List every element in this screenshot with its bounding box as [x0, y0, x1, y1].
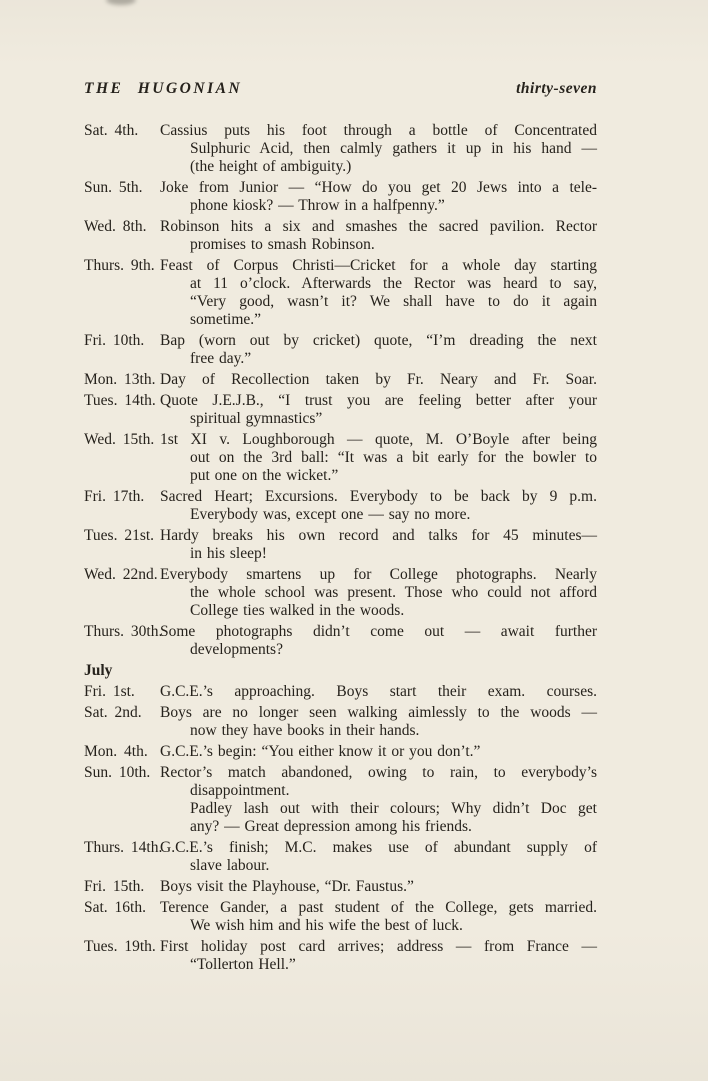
entry-line: (the height of ambiguity.) [160, 158, 597, 176]
entry-paragraph: Day of Recollection taken by Fr. Neary a… [160, 371, 597, 389]
magazine-title: THE HUGONIAN [84, 80, 242, 98]
entry-paragraph: Everybody smartens up for College photog… [160, 566, 597, 620]
diary-entry: Sun. 5th. Joke from Junior — “How do you… [84, 179, 597, 215]
entry-line: Terence Gander, a past student of the Co… [160, 899, 597, 917]
entry-line: Sulphuric Acid, then calmly gathers it u… [160, 140, 597, 158]
diary-entry: Thurs. 9th. Feast of Corpus Christi—Cric… [84, 257, 597, 329]
entry-body: Some photographs didn’t come out — await… [160, 623, 597, 659]
entry-line: Day of Recollection taken by Fr. Neary a… [160, 371, 597, 389]
entry-paragraph: Feast of Corpus Christi—Cricket for a wh… [160, 257, 597, 329]
entry-line: College ties walked in the woods. [160, 602, 597, 620]
entry-body: Boys visit the Playhouse, “Dr. Faustus.” [160, 878, 597, 896]
entry-date: Fri. 10th. [84, 332, 160, 368]
entry-body: Rector’s match abandoned, owing to rain,… [160, 764, 597, 836]
entry-body: G.C.E.’s approaching. Boys start their e… [160, 683, 597, 701]
diary-entry: Tues. 19th. First holiday post card arri… [84, 938, 597, 974]
entry-line: in his sleep! [160, 545, 597, 563]
page-header: THE HUGONIAN thirty-seven [84, 80, 597, 98]
entry-paragraph: Rector’s match abandoned, owing to rain,… [160, 764, 597, 800]
entry-paragraph: Terence Gander, a past student of the Co… [160, 899, 597, 935]
entry-body: Bap (worn out by cricket) quote, “I’m dr… [160, 332, 597, 368]
diary-entry: Sat. 16th. Terence Gander, a past studen… [84, 899, 597, 935]
entry-line: Boys are no longer seen walking aimlessl… [160, 704, 597, 722]
entry-line: promises to smash Robinson. [160, 236, 597, 254]
entry-line: First holiday post card arrives; address… [160, 938, 597, 956]
entry-date: Tues. 21st. [84, 527, 160, 563]
entry-line: put one on the wicket.” [160, 467, 597, 485]
diary-entry: Sat. 2nd. Boys are no longer seen walkin… [84, 704, 597, 740]
entry-body: Terence Gander, a past student of the Co… [160, 899, 597, 935]
entry-line: Hardy breaks his own record and talks fo… [160, 527, 597, 545]
entry-line: Rector’s match abandoned, owing to rain,… [160, 764, 597, 782]
entry-line: Cassius puts his foot through a bottle o… [160, 122, 597, 140]
entry-date: Wed. 8th. [84, 218, 160, 254]
entry-line: Bap (worn out by cricket) quote, “I’m dr… [160, 332, 597, 350]
entry-paragraph: Hardy breaks his own record and talks fo… [160, 527, 597, 563]
diary-entry: Wed. 15th. 1st XI v. Loughborough — quot… [84, 431, 597, 485]
entry-paragraph: G.C.E.’s begin: “You either know it or y… [160, 743, 597, 761]
entry-paragraph: Sacred Heart; Excursions. Everybody to b… [160, 488, 597, 524]
diary-entry: Mon. 4th. G.C.E.’s begin: “You either kn… [84, 743, 597, 761]
entry-line: at 11 o’clock. Afterwards the Rector was… [160, 275, 597, 293]
entry-date: Sun. 5th. [84, 179, 160, 215]
entry-paragraph: Padley lash out with their colours; Why … [160, 800, 597, 836]
entry-line: We wish him and his wife the best of luc… [160, 917, 597, 935]
entry-date: Sun. 10th. [84, 764, 160, 836]
entry-body: G.C.E.’s begin: “You either know it or y… [160, 743, 597, 761]
entry-paragraph: Some photographs didn’t come out — await… [160, 623, 597, 659]
entry-line: G.C.E.’s finish; M.C. makes use of abund… [160, 839, 597, 857]
entry-line: any? — Great depression among his friend… [160, 818, 597, 836]
diary-entry: Sat. 4th. Cassius puts his foot through … [84, 122, 597, 176]
entry-date: Mon. 13th. [84, 371, 160, 389]
magazine-page: THE HUGONIAN thirty-seven Sat. 4th. Cass… [0, 0, 708, 1081]
entry-line: developments? [160, 641, 597, 659]
diary-entry: Sun. 10th. Rector’s match abandoned, owi… [84, 764, 597, 836]
entry-body: 1st XI v. Loughborough — quote, M. O’Boy… [160, 431, 597, 485]
entry-body: Feast of Corpus Christi—Cricket for a wh… [160, 257, 597, 329]
entry-date: Sat. 4th. [84, 122, 160, 176]
entry-date: Tues. 14th. [84, 392, 160, 428]
entry-paragraph: G.C.E.’s finish; M.C. makes use of abund… [160, 839, 597, 875]
entry-body: G.C.E.’s finish; M.C. makes use of abund… [160, 839, 597, 875]
diary-entry: Fri. 1st. G.C.E.’s approaching. Boys sta… [84, 683, 597, 701]
diary-entry: Wed. 8th. Robinson hits a six and smashe… [84, 218, 597, 254]
entry-line: slave labour. [160, 857, 597, 875]
entry-line: Boys visit the Playhouse, “Dr. Faustus.” [160, 878, 597, 896]
entry-line: Quote J.E.J.B., “I trust you are feeling… [160, 392, 597, 410]
entry-line: Joke from Junior — “How do you get 20 Je… [160, 179, 597, 197]
entry-line: 1st XI v. Loughborough — quote, M. O’Boy… [160, 431, 597, 449]
entry-date: Wed. 15th. [84, 431, 160, 485]
entry-body: Hardy breaks his own record and talks fo… [160, 527, 597, 563]
entry-paragraph: Cassius puts his foot through a bottle o… [160, 122, 597, 176]
entry-line: Everybody was, except one — say no more. [160, 506, 597, 524]
diary-list: Sat. 4th. Cassius puts his foot through … [84, 122, 597, 974]
entry-date: Sat. 16th. [84, 899, 160, 935]
entry-line: free day.” [160, 350, 597, 368]
entry-line: Some photographs didn’t come out — await… [160, 623, 597, 641]
entry-line: Robinson hits a six and smashes the sacr… [160, 218, 597, 236]
entry-paragraph: Boys are no longer seen walking aimlessl… [160, 704, 597, 740]
diary-entry: Thurs. 14th. G.C.E.’s finish; M.C. makes… [84, 839, 597, 875]
entry-body: Everybody smartens up for College photog… [160, 566, 597, 620]
entry-line: out on the 3rd ball: “It was a bit early… [160, 449, 597, 467]
entry-date: Sat. 2nd. [84, 704, 160, 740]
entry-line: the whole school was present. Those who … [160, 584, 597, 602]
scan-artifact [106, 0, 136, 5]
entry-date: Thurs. 14th. [84, 839, 160, 875]
entry-paragraph: Bap (worn out by cricket) quote, “I’m dr… [160, 332, 597, 368]
entry-paragraph: Robinson hits a six and smashes the sacr… [160, 218, 597, 254]
diary-entry: Wed. 22nd. Everybody smartens up for Col… [84, 566, 597, 620]
entry-paragraph: Joke from Junior — “How do you get 20 Je… [160, 179, 597, 215]
entry-paragraph: Quote J.E.J.B., “I trust you are feeling… [160, 392, 597, 428]
diary-entry: Fri. 10th. Bap (worn out by cricket) quo… [84, 332, 597, 368]
page-number: thirty-seven [516, 80, 597, 98]
entry-paragraph: First holiday post card arrives; address… [160, 938, 597, 974]
entry-date: Tues. 19th. [84, 938, 160, 974]
entry-paragraph: Boys visit the Playhouse, “Dr. Faustus.” [160, 878, 597, 896]
entry-line: Padley lash out with their colours; Why … [160, 800, 597, 818]
entry-date: Fri. 1st. [84, 683, 160, 701]
entry-line: now they have books in their hands. [160, 722, 597, 740]
entry-line: Feast of Corpus Christi—Cricket for a wh… [160, 257, 597, 275]
entry-body: Quote J.E.J.B., “I trust you are feeling… [160, 392, 597, 428]
entry-line: “Very good, wasn’t it? We shall have to … [160, 293, 597, 311]
page-content: THE HUGONIAN thirty-seven Sat. 4th. Cass… [84, 80, 597, 977]
entry-date: Wed. 22nd. [84, 566, 160, 620]
entry-line: sometime.” [160, 311, 597, 329]
entry-body: Joke from Junior — “How do you get 20 Je… [160, 179, 597, 215]
entry-body: Day of Recollection taken by Fr. Neary a… [160, 371, 597, 389]
entry-date: Thurs. 30th. [84, 623, 160, 659]
diary-entry: Thurs. 30th. Some photographs didn’t com… [84, 623, 597, 659]
month-heading: July [84, 662, 597, 680]
entry-date: Mon. 4th. [84, 743, 160, 761]
entry-line: spiritual gymnastics” [160, 410, 597, 428]
diary-entry: Fri. 15th. Boys visit the Playhouse, “Dr… [84, 878, 597, 896]
entry-line: “Tollerton Hell.” [160, 956, 597, 974]
entry-body: Robinson hits a six and smashes the sacr… [160, 218, 597, 254]
entry-date: Fri. 15th. [84, 878, 160, 896]
entry-line: disappointment. [160, 782, 597, 800]
entry-date: Thurs. 9th. [84, 257, 160, 329]
diary-entry: Mon. 13th. Day of Recollection taken by … [84, 371, 597, 389]
entry-line: G.C.E.’s begin: “You either know it or y… [160, 743, 597, 761]
entry-line: Everybody smartens up for College photog… [160, 566, 597, 584]
entry-body: Sacred Heart; Excursions. Everybody to b… [160, 488, 597, 524]
entry-body: Cassius puts his foot through a bottle o… [160, 122, 597, 176]
entry-paragraph: G.C.E.’s approaching. Boys start their e… [160, 683, 597, 701]
diary-entry: Tues. 21st. Hardy breaks his own record … [84, 527, 597, 563]
diary-entry: Fri. 17th. Sacred Heart; Excursions. Eve… [84, 488, 597, 524]
diary-entry: Tues. 14th. Quote J.E.J.B., “I trust you… [84, 392, 597, 428]
entry-body: Boys are no longer seen walking aimlessl… [160, 704, 597, 740]
entry-date: Fri. 17th. [84, 488, 160, 524]
entry-line: phone kiosk? — Throw in a halfpenny.” [160, 197, 597, 215]
entry-line: G.C.E.’s approaching. Boys start their e… [160, 683, 597, 701]
entry-paragraph: 1st XI v. Loughborough — quote, M. O’Boy… [160, 431, 597, 485]
entry-line: Sacred Heart; Excursions. Everybody to b… [160, 488, 597, 506]
entry-body: First holiday post card arrives; address… [160, 938, 597, 974]
